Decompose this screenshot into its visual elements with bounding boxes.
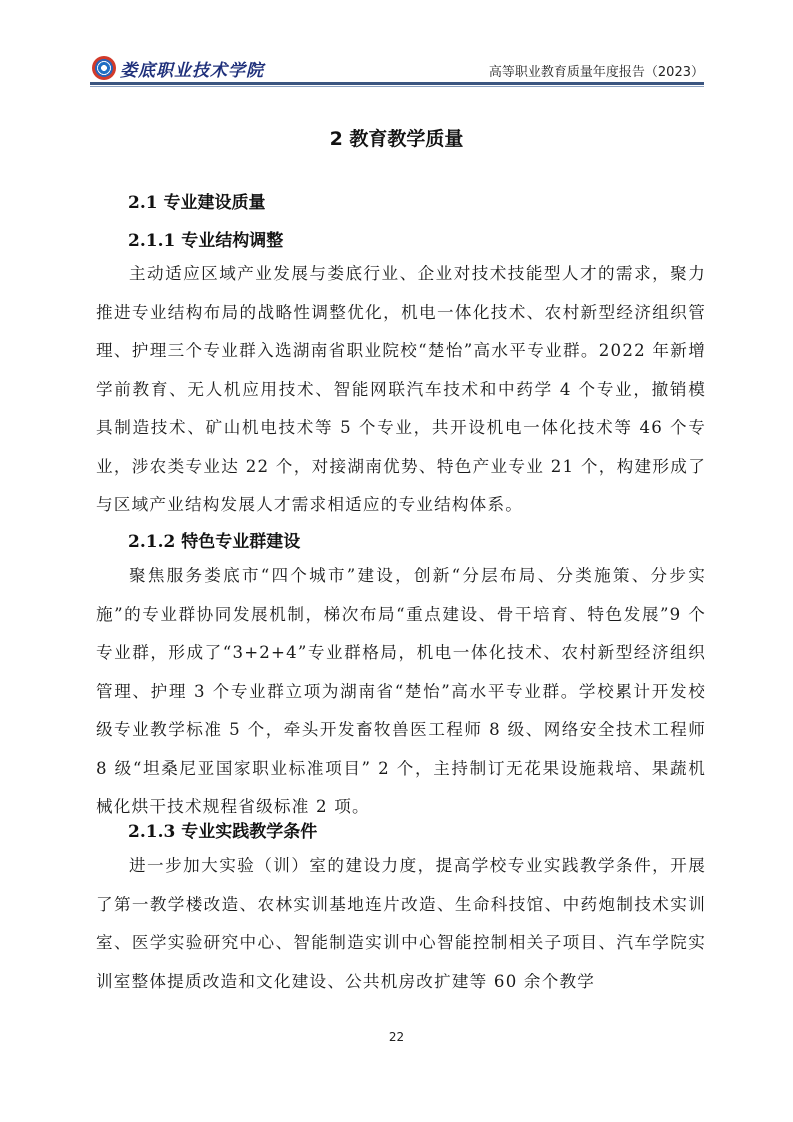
page-header: 娄底职业技术学院 高等职业教育质量年度报告（2023） bbox=[90, 52, 704, 86]
header-rule bbox=[90, 82, 704, 85]
school-emblem-icon bbox=[92, 56, 116, 80]
section-heading-2-1-1: 2.1.1 专业结构调整 bbox=[128, 226, 283, 251]
section-heading-2-1: 2.1 专业建设质量 bbox=[128, 188, 266, 213]
chapter-title: 2 教育教学质量 bbox=[0, 124, 793, 151]
paragraph-2-1-1: 主动适应区域产业发展与娄底行业、企业对技术技能型人才的需求，聚力推进专业结构布局… bbox=[96, 255, 706, 525]
page-number: 22 bbox=[0, 1030, 793, 1044]
report-title: 高等职业教育质量年度报告（2023） bbox=[489, 61, 704, 80]
paragraph-2-1-3: 进一步加大实验（训）室的建设力度，提高学校专业实践教学条件，开展了第一教学楼改造… bbox=[96, 847, 706, 1001]
paragraph-2-1-2: 聚焦服务娄底市“四个城市”建设，创新“分层布局、分类施策、分步实施”的专业群协同… bbox=[96, 557, 706, 827]
school-name: 娄底职业技术学院 bbox=[120, 56, 264, 81]
section-heading-2-1-3: 2.1.3 专业实践教学条件 bbox=[128, 817, 317, 842]
section-heading-2-1-2: 2.1.2 特色专业群建设 bbox=[128, 527, 300, 552]
header-rule-thin bbox=[90, 86, 704, 87]
